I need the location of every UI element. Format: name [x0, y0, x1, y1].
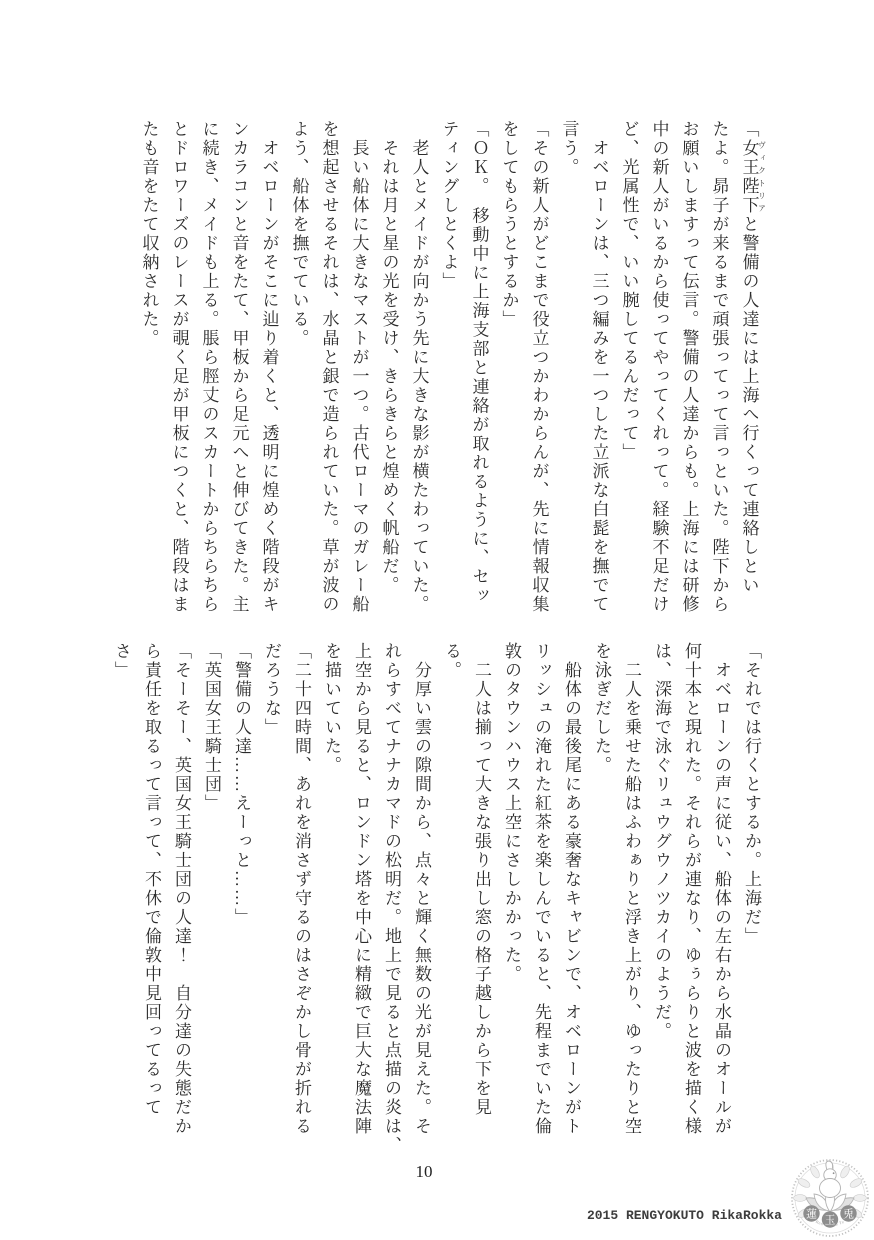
text-column: 「女王陛下ヴィクトリアと警備の人達には上海へ行くって連絡しとい: [734, 120, 767, 636]
text-column: お願いしますって伝言。警備の人達からも。上海には研修: [674, 120, 704, 636]
text-column: たも音をたて収納された。: [134, 120, 164, 636]
text-column: を想起させるそれは、水晶と銀で造られていた。草が波の: [314, 120, 344, 636]
text-block-upper: 「女王陛下ヴィクトリアと警備の人達には上海へ行くって連絡しといたよ。昴子が来るま…: [134, 120, 767, 636]
text-column: オベローンの声に従い、船体の左右から水晶のオールが: [706, 642, 736, 1160]
text-column: ど、光属性で、いい腕してるんだって」: [614, 120, 644, 636]
text-column: 二人を乗せた船はふわぁりと浮き上がり、ゆったりと空: [616, 642, 646, 1160]
page-number: 10: [384, 1162, 464, 1182]
circle-stamp-logo: 蓮 玉 兎 Ren Gyoku To: [790, 1158, 870, 1238]
text-column: をしてもらうとするか」: [494, 120, 524, 636]
text-column: 中の新人がいるから使ってやってくれって。経験不足だけ: [644, 120, 674, 636]
credit-line: 2015 RENGYOKUTO RikaRokka: [587, 1208, 782, 1223]
text-column: それは月と星の光を受け、きらきらと煌めく帆船だ。: [374, 120, 404, 636]
seal-kanji-to: 兎: [843, 1207, 854, 1221]
text-column: ら責任を取るって言って、不休で倫敦中見回ってるって: [136, 642, 166, 1160]
text-column: よう、船体を撫でている。: [284, 120, 314, 636]
text-column: を泳ぎだした。: [586, 642, 616, 1160]
text-column: 分厚い雲の隙間から、点々と輝く無数の光が見えた。そ: [406, 642, 436, 1160]
text-column: だろうな」: [256, 642, 286, 1160]
seal-kanji-ren: 蓮: [806, 1207, 817, 1221]
text-column: たよ。昴子が来るまで頑張ってって言っといた。陛下から: [704, 120, 734, 636]
text-column: る。: [436, 642, 466, 1160]
text-column: に続き、メイドも上る。脹ら脛丈のスカートからちらちら: [194, 120, 224, 636]
text-column: 「その新人がどこまで役立つかわからんが、先に情報収集: [524, 120, 554, 636]
text-column: リッシュの淹れた紅茶を楽しんでいると、先程までいた倫: [526, 642, 556, 1160]
text-column: 何十本と現れた。それらが連なり、ゆぅらりと波を描く様: [676, 642, 706, 1160]
text-column: 敦のタウンハウス上空にさしかかった。: [496, 642, 526, 1160]
text-column: 「そーそー、英国女王騎士団の人達！ 自分達の失態だか: [166, 642, 196, 1160]
text-column: 船体の最後尾にある豪奢なキャビンで、オベローンがト: [556, 642, 586, 1160]
text-column: 「英国女王騎士団」: [196, 642, 226, 1160]
ruby-annotated-text: 女王陛下ヴィクトリア: [740, 139, 759, 215]
text-column: 老人とメイドが向かう先に大きな影が横たわっていた。: [404, 120, 434, 636]
text-column: 「警備の人達……えーっと……」: [226, 642, 256, 1160]
text-column: オベローンは、三つ編みを一つした立派な白髭を撫でて: [584, 120, 614, 636]
text-column: は、深海で泳ぐリュウグウノツカイのようだ。: [646, 642, 676, 1160]
text-block-lower: 「それでは行くとするか。上海だ」オベローンの声に従い、船体の左右から水晶のオール…: [106, 642, 766, 1160]
text-column: 長い船体に大きなマストが一つ。古代ローマのガレー船: [344, 120, 374, 636]
text-column: さ」: [106, 642, 136, 1160]
text-column: 二人は揃って大きな張り出し窓の格子越しから下を見: [466, 642, 496, 1160]
text-column: オベローンがそこに辿り着くと、透明に煌めく階段がキ: [254, 120, 284, 636]
text-column: 「ＯＫ。 移動中に上海支部と連絡が取れるように、セッ: [464, 120, 494, 636]
text-column: ティングしとくよ」: [434, 120, 464, 636]
furigana: ヴィクトリア: [758, 139, 767, 215]
text-column: ンカラコンと音をたて、甲板から足元へと伸びてきた。主: [224, 120, 254, 636]
text-column: れらすべてナナカマドの松明だ。地上で見ると点描の炎は、: [376, 642, 406, 1160]
text-column: 言う。: [554, 120, 584, 636]
text-column: 「二十四時間、あれを消さず守るのはさぞかし骨が折れる: [286, 642, 316, 1160]
text-column: とドロワーズのレースが覗く足が甲板につくと、階段はま: [164, 120, 194, 636]
text-column: 「それでは行くとするか。上海だ」: [736, 642, 766, 1160]
text-column: 上空から見ると、ロンドン塔を中心に精緻で巨大な魔法陣: [346, 642, 376, 1160]
document-page: { "page": { "background": "#ffffff", "te…: [0, 0, 874, 1240]
text-column: を描いていた。: [316, 642, 346, 1160]
